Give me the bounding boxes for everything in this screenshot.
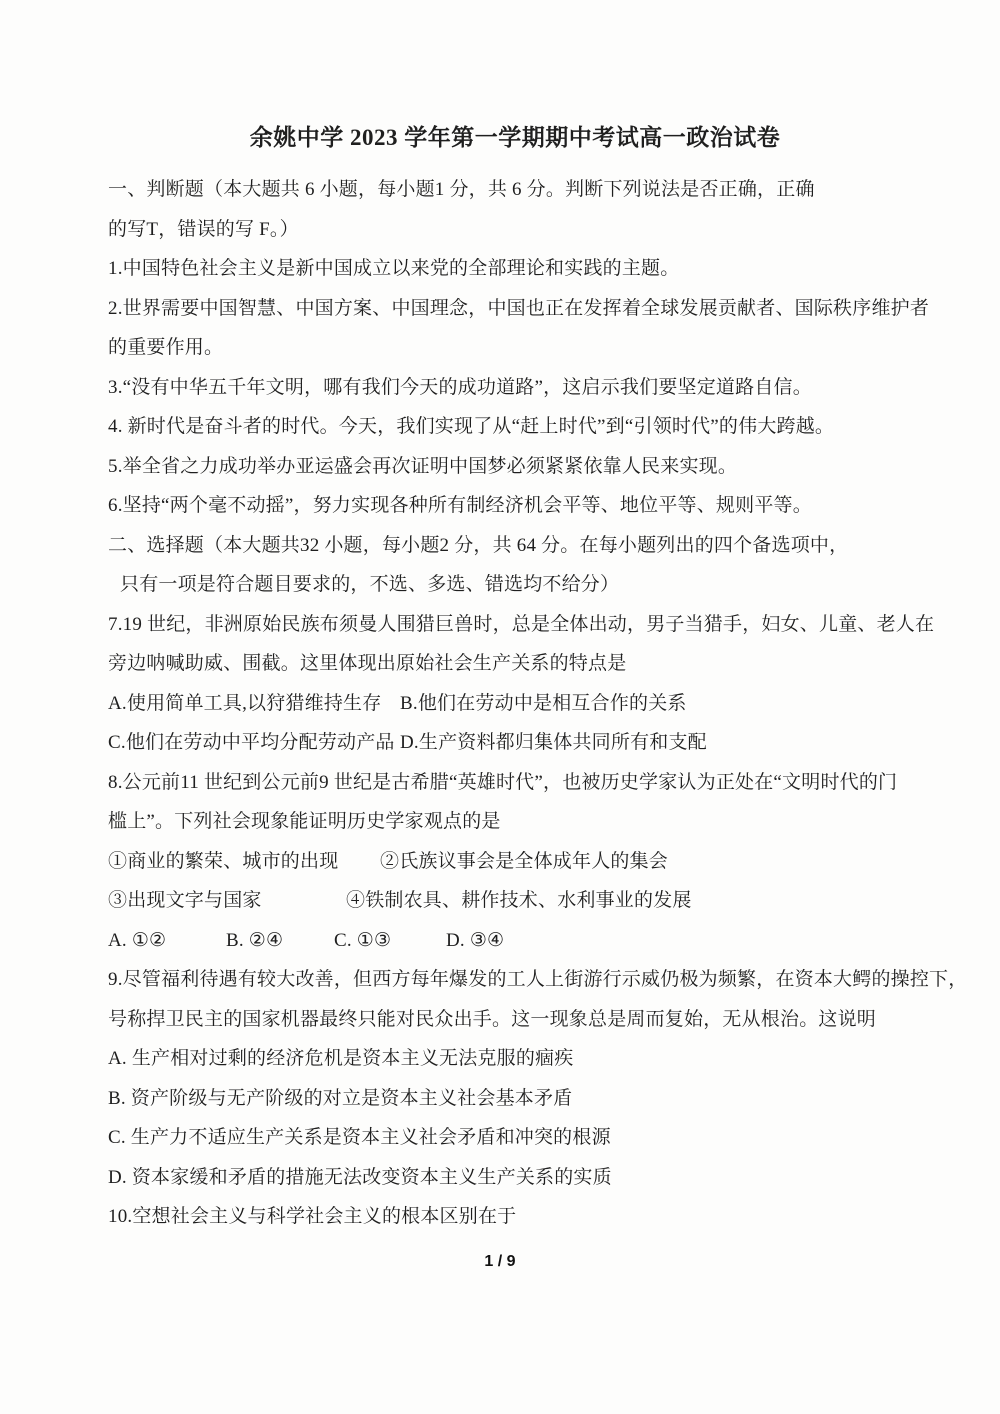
question-7-stem-line-2: 旁边呐喊助威、围截。这里体现出原始社会生产关系的特点是	[108, 644, 922, 684]
question-9-option-a: A. 生产相对过剩的经济危机是资本主义无法克服的痼疾	[108, 1039, 922, 1079]
question-8-statement-3: ③出现文字与国家	[108, 881, 346, 921]
question-9-option-d: D. 资本家缓和矛盾的措施无法改变资本主义生产关系的实质	[108, 1158, 922, 1198]
section-choice-heading-line-1: 二、选择题（本大题共32 小题，每小题2 分，共 64 分。在每小题列出的四个备…	[108, 526, 922, 566]
question-7-option-a: A.使用简单工具,以狩猎维持生存	[108, 684, 400, 724]
question-8-stem-line-1: 8.公元前11 世纪到公元前9 世纪是古希腊“英雄时代”，也被历史学家认为正处在…	[108, 763, 922, 803]
question-8-statement-4: ④铁制农具、耕作技术、水利事业的发展	[346, 890, 692, 911]
question-7-option-b: B.他们在劳动中是相互合作的关系	[400, 693, 687, 714]
question-8-answer-choices: A. ①②B. ②④C. ①③D. ③④	[108, 921, 922, 961]
section-judgment-heading-line-1: 一、判断题（本大题共 6 小题，每小题1 分，共 6 分。判断下列说法是否正确，…	[108, 170, 922, 210]
question-2-text-line-1: 2.世界需要中国智慧、中国方案、中国理念，中国也正在发挥着全球发展贡献者、国际秩…	[108, 289, 922, 329]
question-3-text: 3.“没有中华五千年文明，哪有我们今天的成功道路”，这启示我们要坚定道路自信。	[108, 368, 922, 408]
question-5-text: 5.举全省之力成功举办亚运盛会再次证明中国梦必须紧紧依靠人民来实现。	[108, 447, 922, 487]
section-judgment-heading-line-2: 的写T，错误的写 F。）	[108, 210, 922, 250]
exam-paper-page: 余姚中学 2023 学年第一学期期中考试高一政治试卷 一、判断题（本大题共 6 …	[0, 0, 1000, 1414]
question-8-stem-line-2: 槛上”。下列社会现象能证明历史学家观点的是	[108, 802, 922, 842]
question-8-answer-d: D. ③④	[446, 921, 504, 961]
exam-title: 余姚中学 2023 学年第一学期期中考试高一政治试卷	[108, 118, 922, 158]
section-choice-heading-line-2: 只有一项是符合题目要求的，不选、多选、错选均不给分）	[108, 565, 922, 605]
question-8-answer-c: C. ①③	[334, 921, 446, 961]
question-8-statement-1: ①商业的繁荣、城市的出现	[108, 842, 380, 882]
question-9-option-c: C. 生产力不适应生产关系是资本主义社会矛盾和冲突的根源	[108, 1118, 922, 1158]
page-number: 1 / 9	[0, 1251, 1000, 1273]
question-7-option-d: D.生产资料都归集体共同所有和支配	[400, 732, 707, 753]
question-7-option-c: C.他们在劳动中平均分配劳动产品	[108, 723, 400, 763]
question-7-options-row-ab: A.使用简单工具,以狩猎维持生存B.他们在劳动中是相互合作的关系	[108, 684, 922, 724]
question-9-stem-line-1: 9.尽管福利待遇有较大改善，但西方每年爆发的工人上街游行示威仍极为频繁，在资本大…	[108, 960, 922, 1000]
question-1-text: 1.中国特色社会主义是新中国成立以来党的全部理论和实践的主题。	[108, 249, 922, 289]
question-4-text: 4. 新时代是奋斗者的时代。今天，我们实现了从“赶上时代”到“引领时代”的伟大跨…	[108, 407, 922, 447]
question-7-options-row-cd: C.他们在劳动中平均分配劳动产品D.生产资料都归集体共同所有和支配	[108, 723, 922, 763]
question-8-answer-b: B. ②④	[226, 921, 334, 961]
question-9-option-b: B. 资产阶级与无产阶级的对立是资本主义社会基本矛盾	[108, 1079, 922, 1119]
question-8-statements-row-2: ③出现文字与国家④铁制农具、耕作技术、水利事业的发展	[108, 881, 922, 921]
question-8-statement-2: ②氏族议事会是全体成年人的集会	[380, 851, 668, 872]
question-10-stem: 10.空想社会主义与科学社会主义的根本区别在于	[108, 1197, 922, 1237]
question-8-answer-a: A. ①②	[108, 921, 226, 961]
question-8-statements-row-1: ①商业的繁荣、城市的出现②氏族议事会是全体成年人的集会	[108, 842, 922, 882]
question-2-text-line-2: 的重要作用。	[108, 328, 922, 368]
question-6-text: 6.坚持“两个毫不动摇”，努力实现各种所有制经济机会平等、地位平等、规则平等。	[108, 486, 922, 526]
question-7-stem-line-1: 7.19 世纪，非洲原始民族布须曼人围猎巨兽时，总是全体出动，男子当猎手，妇女、…	[108, 605, 922, 645]
question-9-stem-line-2: 号称捍卫民主的国家机器最终只能对民众出手。这一现象总是周而复始，无从根治。这说明	[108, 1000, 922, 1040]
